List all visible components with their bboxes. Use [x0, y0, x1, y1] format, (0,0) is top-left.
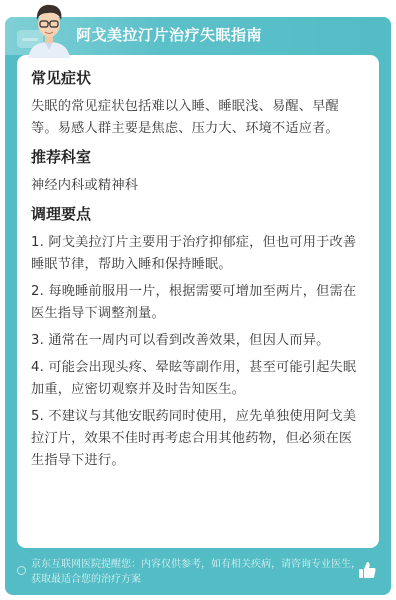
info-icon	[17, 566, 26, 575]
symptoms-heading: 常见症状	[31, 67, 365, 89]
tip-item: 3. 通常在一周内可以看到改善效果，但因人而异。	[31, 330, 365, 352]
thumbs-up-icon[interactable]	[357, 560, 377, 580]
tips-list: 1. 阿戈美拉汀片主要用于治疗抑郁症，但也可用于改善睡眠节律，帮助入睡和保持睡眠…	[31, 232, 365, 472]
tip-item: 4. 可能会出现头疼、晕眩等副作用，甚至可能引起失眠加重，应密切观察并及时告知医…	[31, 357, 365, 401]
tip-item: 2. 每晚睡前服用一片，根据需要可增加至两片，但需在医生指导下调整剂量。	[31, 281, 365, 325]
tip-item: 5. 不建议与其他安眠药同时使用，应先单独使用阿戈美拉汀片，效果不佳时再考虑合用…	[31, 406, 365, 472]
content-panel: 常见症状 失眠的常见症状包括难以入睡、睡眠浅、易醒、早醒等。易感人群主要是焦虑、…	[17, 55, 379, 548]
department-text: 神经内科或精神科	[31, 175, 365, 197]
tips-heading: 调理要点	[31, 203, 365, 225]
symptoms-text: 失眠的常见症状包括难以入睡、睡眠浅、易醒、早醒等。易感人群主要是焦虑、压力大、环…	[31, 96, 365, 140]
disclaimer-text: 京东互联网医院提醒您：内容仅供参考，如有相关疾病，请咨询专业医生，获取最适合您的…	[31, 557, 361, 587]
tip-item: 1. 阿戈美拉汀片主要用于治疗抑郁症，但也可用于改善睡眠节律，帮助入睡和保持睡眠…	[31, 232, 365, 276]
department-heading: 推荐科室	[31, 146, 365, 168]
doctor-avatar-icon	[20, 2, 78, 58]
page-title: 阿戈美拉汀片治疗失眠指南	[76, 24, 262, 45]
